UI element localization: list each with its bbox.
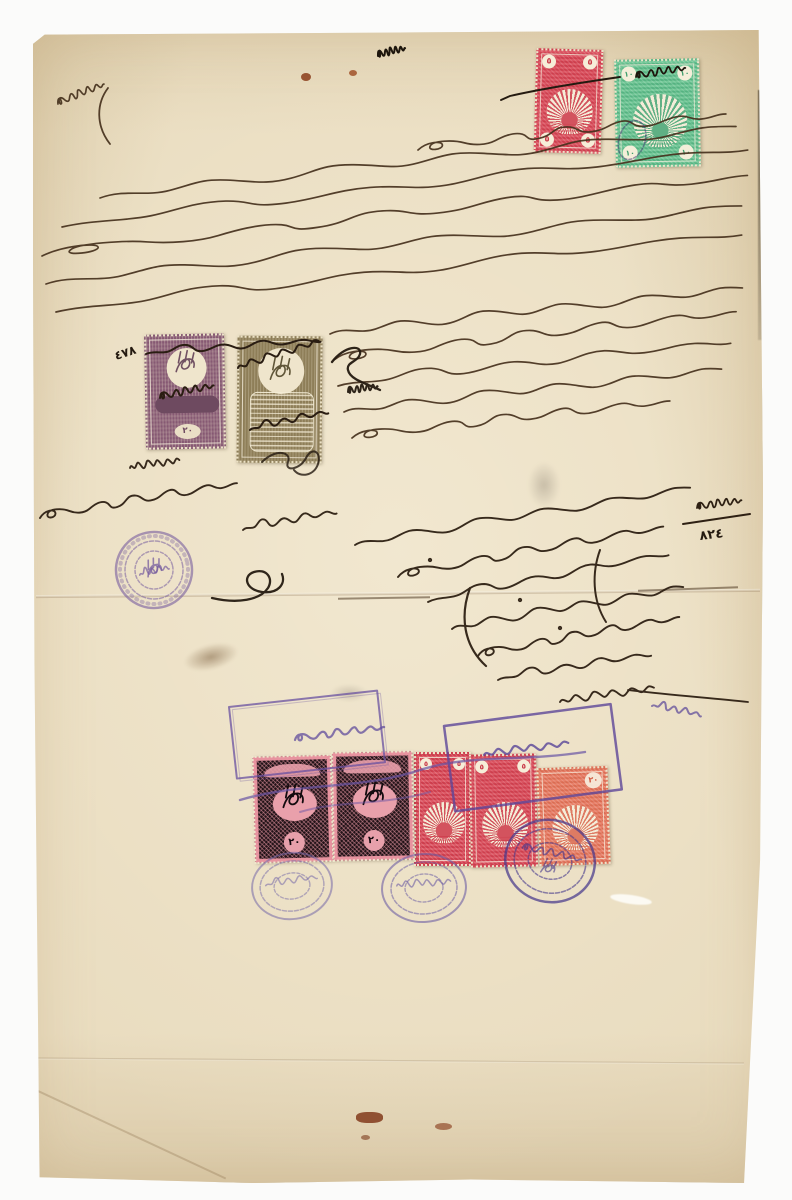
rust-spot	[361, 1135, 370, 1140]
stamp-value: ٥	[475, 760, 488, 773]
revenue-stamp-green-10: ١٠ ١٠ ١٠ ١٠	[614, 58, 701, 167]
stamp-value: ٥	[517, 760, 530, 773]
sunburst-motif	[423, 802, 465, 844]
stamp-value: ١٠	[677, 65, 692, 80]
stamp-value: ٥	[542, 54, 556, 68]
inscription-panel	[250, 392, 315, 453]
paper-edge-shadow	[758, 90, 762, 340]
stamp-value: ١٠	[623, 145, 638, 160]
document-page	[33, 30, 763, 1183]
gray-stain	[528, 462, 560, 508]
crease-dark-segment	[338, 596, 430, 599]
stamp-value: ٥	[583, 55, 597, 69]
tughra-disc	[166, 348, 207, 389]
sunburst-motif	[633, 93, 688, 148]
arch-motif	[343, 760, 401, 774]
fold-crease-lower	[38, 1058, 744, 1065]
scan-background: ٥ ٥ ٥ ٥ ١٠ ١٠ ١٠ ١٠ ٢٠ ٥ ٥ ٥ ٥ ٢٠	[0, 0, 792, 1200]
tughra-oval	[353, 784, 398, 819]
stamp-value: ٢٠	[284, 832, 306, 854]
revenue-stamp-red-5: ٥ ٥ ٥ ٥	[534, 48, 604, 154]
tughra-disc	[258, 348, 304, 394]
stamp-value: ٢٠	[584, 772, 602, 789]
revenue-stamp-orange-20: ٢٠	[536, 766, 610, 866]
stamp-value: ٥	[420, 758, 432, 770]
ink-smudge-stain	[181, 638, 242, 677]
revenue-stamp-plum-20: ٢٠	[144, 333, 226, 449]
cartouche	[155, 395, 219, 413]
gray-stain	[330, 684, 368, 702]
stamp-value: ٥	[581, 133, 595, 147]
paper-scratch	[610, 892, 653, 907]
stamp-value: ١٠	[679, 144, 694, 159]
revenue-stamp-red-5-bottom-b: ٥ ٥	[469, 753, 538, 867]
fold-crease-corner	[33, 1088, 226, 1179]
rust-spot	[349, 70, 357, 76]
stamp-value: ٢٠	[175, 424, 201, 439]
revenue-stamp-red-5-bottom-a: ٥ ٥	[414, 752, 471, 866]
rust-spot	[356, 1112, 383, 1123]
sunburst-motif	[552, 804, 600, 852]
stamp-value: ٢٠	[363, 830, 384, 851]
arch-motif	[264, 763, 320, 777]
sunburst-motif	[546, 88, 593, 135]
revenue-stamp-olive	[236, 336, 322, 464]
rust-spot	[435, 1123, 452, 1130]
stamp-value: ٥	[540, 132, 554, 146]
tughra-oval	[272, 786, 317, 821]
stamp-value: ١٠	[621, 66, 636, 81]
revenue-stamp-black-20-b: ٢٠	[332, 751, 414, 860]
stamp-value: ٥	[453, 758, 465, 770]
revenue-stamp-black-20-a: ٢٠	[253, 755, 334, 863]
sunburst-motif	[482, 802, 529, 849]
rust-spot	[301, 73, 311, 81]
